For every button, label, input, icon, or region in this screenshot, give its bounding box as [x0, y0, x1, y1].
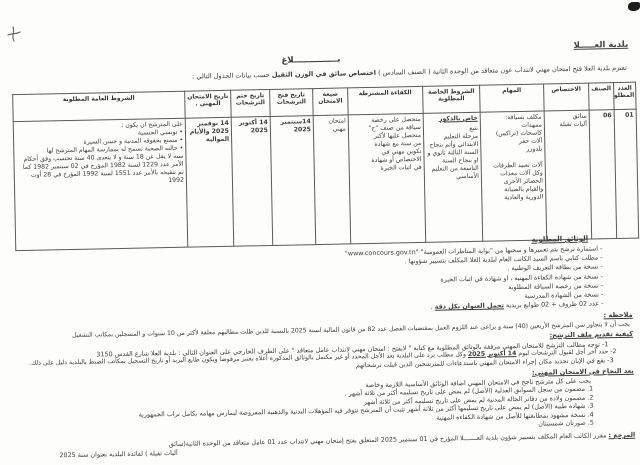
required-documents-list: - استمارة ترشح يتم تعميرها و سحبها من "ب… [345, 244, 604, 314]
submission-heading: كيفية تقديم ملف الترشح: [549, 330, 633, 340]
cell-close-date: 14 أكتوبر 2025 [231, 116, 273, 246]
notice-title: بـــــــــــــــلاغ [281, 55, 340, 66]
intro-post: حسب بيانات الجدول التالي : [192, 71, 272, 81]
cell-competence: متحصل على رخصة سياقة من صنف "ج" متحصل عل… [348, 113, 426, 243]
column-header-special-conditions: الشروط الخاصة المطلوبة [423, 85, 481, 113]
column-header-exam-date: تاريخ الامتحان المهني . [185, 90, 232, 118]
cell-grade: 06 [589, 110, 617, 239]
column-header-exam-format: صيغة الامتحان [313, 88, 349, 116]
list-item-underlined: تحمل العنوان بكل دقة [435, 302, 504, 311]
column-header-tasks: المهام [480, 84, 545, 112]
cell-open-date: 14سبتمبر 2025 [270, 116, 316, 246]
intro-specialty: اختصاص سائق في الوزن الثقيل [272, 69, 376, 79]
note-text: يجب أن لا يتجاوز سن المترشح الأربعين (40… [72, 321, 630, 339]
column-header-close-date: تاريخ ختم الترشحات [231, 89, 271, 117]
scanned-announcement-page: { "colors": {"paper":"#fdfdfc","ink":"#3… [0, 0, 640, 465]
cell-tasks: مكلف بسياقة: ممهدات كاسحات (تراكس) آلات … [480, 111, 547, 241]
cell-general-conditions: على المترشح ان يكون : • تونسي الجنسية • … [13, 118, 188, 250]
column-header-grade: الصنف [589, 83, 615, 110]
cell-exam-format: امتحان مهني [313, 115, 351, 245]
cell-specialty: سائق آليات ثقيلة [544, 110, 592, 240]
municipality-name: بلدية العـــــلا [573, 40, 628, 51]
cell-required-count: 01 [614, 109, 639, 238]
document-sheet: بلدية العـــــلا بـــــــــــــــلاغ تعت… [0, 0, 640, 465]
after-success-list: 1. مضمون من سجل السوابق العدلية (الأصل) … [138, 385, 594, 437]
note-heading: ملاحظة : [603, 311, 632, 320]
intro-paragraph: تعتزم بلدية العلا فتح امتحان مهني لانتدا… [192, 64, 627, 81]
column-header-specialty: الاختصاص [544, 83, 590, 111]
special-conditions-text: تتبع مرحلة التعليم الابتدائي وأتم بنجاح … [427, 125, 479, 180]
list-item-pre: - عدد 02 ظروف + 02 طوابع بريدية [504, 300, 604, 310]
table-data-row: 01 06 سائق آليات ثقيلة مكلف بسياقة: ممهد… [13, 109, 638, 250]
reference-label: المرجع : [608, 431, 635, 440]
after-success-heading: بعد النجاح في الامتحان المهني: [532, 367, 634, 377]
cell-special-conditions: خاص بالذكور تتبع مرحلة التعليم الابتدائي… [423, 112, 483, 242]
submission-deadline-date: 14 أكتوبر 2025 [468, 350, 517, 358]
recruitment-table: العدد المطلوب الصنف الاختصاص المهام الشر… [12, 82, 639, 251]
column-header-required-count: العدد المطلوب [614, 82, 637, 109]
cell-exam-date: 14 نوفمبر 2025 والأيام الموالية [185, 117, 234, 247]
required-documents-heading: الوثائق المطلوبة [531, 235, 588, 244]
reference-line-2: آليات ثقيلة ) لفائدة البلدية بعنوان سنة … [59, 449, 177, 459]
column-header-open-date: تاريخ فتح الترشحات [270, 89, 314, 117]
intro-pre: تعتزم بلدية العلا فتح امتحان مهني لانتدا… [376, 64, 627, 77]
column-header-general-conditions: الشروط العامة المطلوبة [13, 91, 186, 121]
special-conditions-underlined: خاص بالذكور [426, 115, 478, 124]
column-header-competence: الكفاءة المشترطة [348, 86, 424, 114]
